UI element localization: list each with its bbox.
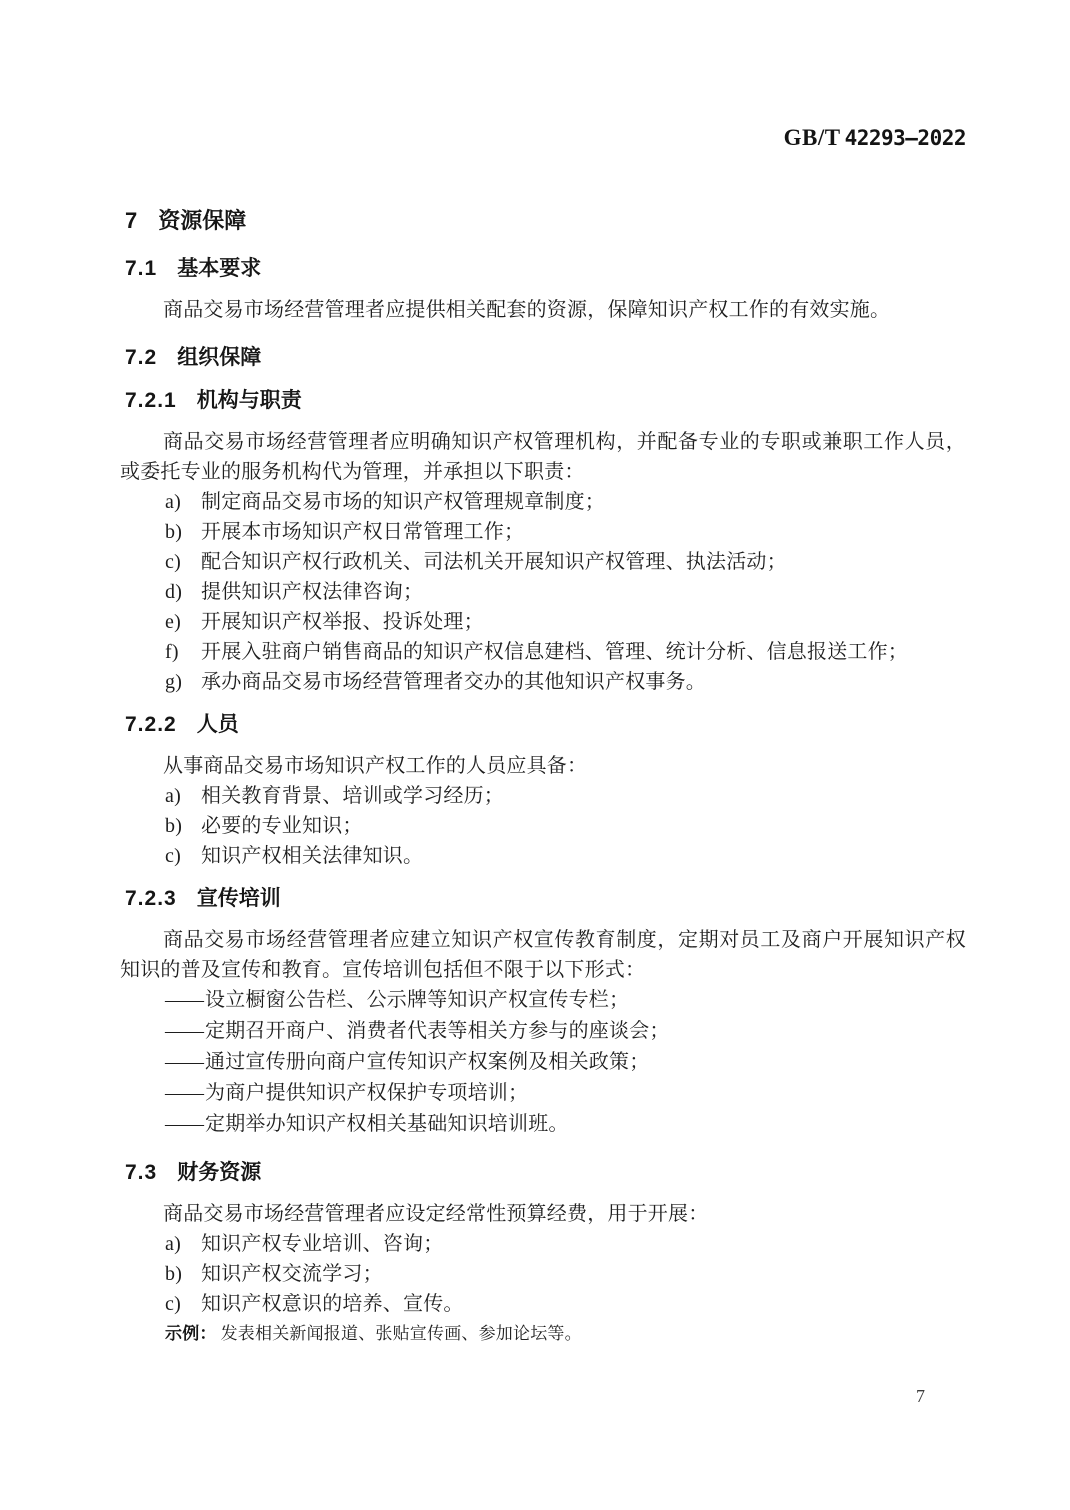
clause-number: 7.3 — [125, 1161, 157, 1184]
dash-item: ——定期举办知识产权相关基础知识培训班。 — [165, 1109, 966, 1140]
clause-number: 7.2 — [125, 346, 157, 369]
example-label: 示例： — [165, 1324, 217, 1343]
list-item: a)制定商品交易市场的知识产权管理规章制度； — [165, 487, 966, 517]
list-item: f)开展入驻商户销售商品的知识产权信息建档、管理、统计分析、信息报送工作； — [165, 637, 966, 667]
list-item-label: b) — [165, 517, 201, 547]
standard-code: GB/T 42293—2022 — [120, 125, 966, 154]
clause-number: 7.1 — [125, 257, 157, 280]
list-item-text: 知识产权意识的培养、宣传。 — [201, 1289, 464, 1319]
list-item-label: b) — [165, 811, 201, 841]
clause-title: 人员 — [197, 713, 239, 736]
clause-number: 7.2.2 — [125, 713, 177, 736]
list-item-label: d) — [165, 577, 201, 607]
list-item-label: a) — [165, 1229, 201, 1259]
dash-item-text: 定期召开商户、消费者代表等相关方参与的座谈会； — [205, 1020, 670, 1042]
list-item: g)承办商品交易市场经营管理者交办的其他知识产权事务。 — [165, 667, 966, 697]
clause-heading-level3: 7.2.3宣传培训 — [125, 884, 966, 914]
page-number: 7 — [916, 1386, 925, 1407]
list-item-label: e) — [165, 607, 201, 637]
clause-number: 7 — [125, 208, 138, 233]
dash-item: ——定期召开商户、消费者代表等相关方参与的座谈会； — [165, 1016, 966, 1047]
clause-title: 组织保障 — [177, 346, 261, 369]
clause-heading-level1: 7资源保障 — [125, 206, 966, 236]
dash-item-text: 为商户提供知识产权保护专项培训； — [205, 1082, 528, 1104]
clause-heading-level3: 7.2.2人员 — [125, 710, 966, 740]
dash-prefix: —— — [165, 1020, 203, 1042]
list-item: b)开展本市场知识产权日常管理工作； — [165, 517, 966, 547]
dash-prefix: —— — [165, 1051, 203, 1073]
list-item-text: 相关教育背景、培训或学习经历； — [201, 781, 504, 811]
dash-item: ——为商户提供知识产权保护专项培训； — [165, 1078, 966, 1109]
paragraph: 商品交易市场经营管理者应提供相关配套的资源，保障知识产权工作的有效实施。 — [120, 295, 966, 325]
list-item-text: 必要的专业知识； — [201, 811, 363, 841]
list-item-text: 配合知识产权行政机关、司法机关开展知识产权管理、执法活动； — [201, 547, 787, 577]
dash-prefix: —— — [165, 989, 203, 1011]
list-item-label: a) — [165, 487, 201, 517]
list-item-label: b) — [165, 1259, 201, 1289]
dash-prefix: —— — [165, 1082, 203, 1104]
standard-code-prefix: GB/T — [784, 125, 841, 150]
dash-item-text: 设立橱窗公告栏、公示牌等知识产权宣传专栏； — [205, 989, 629, 1011]
document-body: 7资源保障7.1基本要求商品交易市场经营管理者应提供相关配套的资源，保障知识产权… — [120, 206, 966, 1347]
list-item: c)配合知识产权行政机关、司法机关开展知识产权管理、执法活动； — [165, 547, 966, 577]
list-item-label: c) — [165, 841, 201, 871]
dash-prefix: —— — [165, 1113, 203, 1135]
example-text: 发表相关新闻报道、张贴宣传画、参加论坛等。 — [221, 1324, 582, 1343]
clause-heading-level3: 7.2.1机构与职责 — [125, 386, 966, 416]
list-item-text: 开展本市场知识产权日常管理工作； — [201, 517, 524, 547]
dash-item: ——设立橱窗公告栏、公示牌等知识产权宣传专栏； — [165, 985, 966, 1016]
paragraph: 商品交易市场经营管理者应明确知识产权管理机构，并配备专业的专职或兼职工作人员，或… — [120, 427, 966, 487]
list-item: b)必要的专业知识； — [165, 811, 966, 841]
document-page: GB/T 42293—2022 7资源保障7.1基本要求商品交易市场经营管理者应… — [0, 0, 1070, 1510]
list-item-text: 知识产权专业培训、咨询； — [201, 1229, 443, 1259]
paragraph: 从事商品交易市场知识产权工作的人员应具备： — [120, 751, 966, 781]
clause-title: 宣传培训 — [197, 887, 281, 910]
list-item: d)提供知识产权法律咨询； — [165, 577, 966, 607]
list-item-text: 制定商品交易市场的知识产权管理规章制度； — [201, 487, 605, 517]
list-item: c)知识产权相关法律知识。 — [165, 841, 966, 871]
list-item-text: 知识产权相关法律知识。 — [201, 841, 423, 871]
clause-number: 7.2.3 — [125, 887, 177, 910]
list-item-label: c) — [165, 1289, 201, 1319]
list-item-text: 承办商品交易市场经营管理者交办的其他知识产权事务。 — [201, 667, 706, 697]
list-item: e)开展知识产权举报、投诉处理； — [165, 607, 966, 637]
list-item-text: 提供知识产权法律咨询； — [201, 577, 423, 607]
example-note: 示例：发表相关新闻报道、张贴宣传画、参加论坛等。 — [165, 1321, 966, 1347]
list-item-text: 开展入驻商户销售商品的知识产权信息建档、管理、统计分析、信息报送工作； — [201, 637, 908, 667]
list-item-label: c) — [165, 547, 201, 577]
list-item: b)知识产权交流学习； — [165, 1259, 966, 1289]
clause-title: 资源保障 — [158, 208, 246, 233]
clause-number: 7.2.1 — [125, 389, 177, 412]
standard-code-number: 42293—2022 — [845, 126, 966, 150]
list-item-text: 开展知识产权举报、投诉处理； — [201, 607, 484, 637]
clause-heading-level2: 7.2组织保障 — [125, 343, 966, 373]
dash-item-text: 通过宣传册向商户宣传知识产权案例及相关政策； — [205, 1051, 649, 1073]
clause-title: 财务资源 — [177, 1161, 261, 1184]
list-item-label: a) — [165, 781, 201, 811]
list-item: a)相关教育背景、培训或学习经历； — [165, 781, 966, 811]
dash-item-text: 定期举办知识产权相关基础知识培训班。 — [205, 1113, 569, 1135]
list-item-label: g) — [165, 667, 201, 697]
dash-item: ——通过宣传册向商户宣传知识产权案例及相关政策； — [165, 1047, 966, 1078]
paragraph: 商品交易市场经营管理者应设定经常性预算经费，用于开展： — [120, 1199, 966, 1229]
clause-title: 机构与职责 — [197, 389, 302, 412]
list-item-text: 知识产权交流学习； — [201, 1259, 383, 1289]
list-item: a)知识产权专业培训、咨询； — [165, 1229, 966, 1259]
paragraph: 商品交易市场经营管理者应建立知识产权宣传教育制度，定期对员工及商户开展知识产权知… — [120, 925, 966, 985]
clause-heading-level2: 7.1基本要求 — [125, 254, 966, 284]
clause-title: 基本要求 — [177, 257, 261, 280]
list-item: c)知识产权意识的培养、宣传。 — [165, 1289, 966, 1319]
list-item-label: f) — [165, 637, 201, 667]
clause-heading-level2: 7.3财务资源 — [125, 1158, 966, 1188]
